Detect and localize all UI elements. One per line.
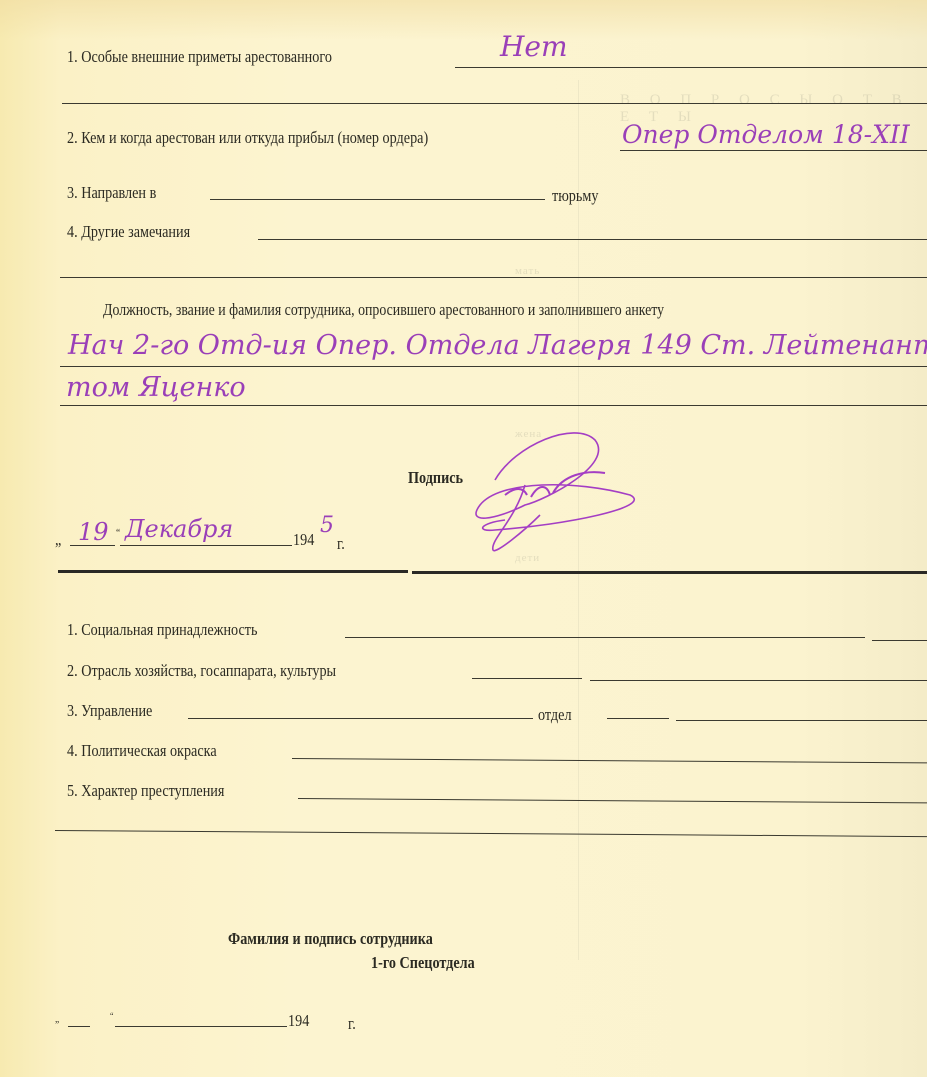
- officer-prompt: Должность, звание и фамилия сотрудника, …: [103, 300, 664, 320]
- officer-line2-handwritten: том Яценко: [66, 372, 246, 403]
- q1-label: 1. Особые внешние приметы арестованного: [67, 47, 332, 67]
- q2-label: 2. Кем и когда арестован или откуда приб…: [67, 128, 428, 148]
- date-month-line[interactable]: [120, 545, 292, 546]
- lower-q3-suffix-line[interactable]: [607, 718, 669, 719]
- officer-line1-handwritten: Нач 2-го Отд-ия Опер. Отдела Лагеря 149 …: [68, 330, 927, 361]
- lower-q2-answer-line-end[interactable]: [590, 680, 927, 681]
- q4-continuation-line[interactable]: [60, 277, 927, 278]
- lower-q1-answer-line-end[interactable]: [872, 640, 927, 641]
- employee-signature-title-1: Фамилия и подпись сотрудника: [228, 929, 433, 949]
- date-year-prefix: 194: [293, 530, 314, 550]
- q3-label: 3. Направлен в: [67, 183, 156, 203]
- signature-handwritten: [455, 425, 655, 575]
- q1-answer-line[interactable]: [455, 67, 927, 68]
- q4-label: 4. Другие замечания: [67, 222, 190, 242]
- q1-continuation-line[interactable]: [62, 103, 927, 104]
- lower-q4-label: 4. Политическая окраска: [67, 741, 217, 761]
- date-month-handwritten: Декабря: [125, 515, 233, 543]
- paper-shading: [0, 0, 927, 40]
- lower-q2-answer-line[interactable]: [472, 678, 582, 679]
- officer-line1[interactable]: [60, 366, 927, 367]
- lower-q3-suffix: отдел: [538, 705, 572, 725]
- q3-answer-line[interactable]: [210, 199, 545, 200]
- officer-line2[interactable]: [60, 405, 927, 406]
- date-close-quote: “: [116, 527, 120, 539]
- lower-date-month-line[interactable]: [115, 1026, 287, 1027]
- lower-date-open-quote: „: [55, 1013, 59, 1025]
- date-year-suffix-handwritten: 5: [320, 513, 334, 538]
- date-year-unit: г.: [337, 534, 345, 554]
- lower-q3-answer-line[interactable]: [188, 718, 533, 719]
- lower-q5-label: 5. Характер преступления: [67, 781, 224, 801]
- lower-q1-label: 1. Социальная принадлежность: [67, 620, 257, 640]
- lower-q4-answer-line[interactable]: [292, 758, 927, 764]
- lower-q3-label: 3. Управление: [67, 701, 152, 721]
- q4-answer-line[interactable]: [258, 239, 927, 240]
- section-divider-left: [58, 570, 408, 573]
- date-open-quote: „: [55, 530, 61, 550]
- lower-date-day-line[interactable]: [68, 1026, 90, 1027]
- lower-q5-continuation-line[interactable]: [55, 830, 927, 837]
- q2-answer-line[interactable]: [620, 150, 927, 151]
- lower-q5-answer-line[interactable]: [298, 798, 927, 804]
- q2-answer-handwritten: Опер Отделом 18-ХІІ: [622, 120, 910, 149]
- bleed-through-word: мать: [515, 265, 540, 277]
- q1-answer-handwritten: Нет: [500, 30, 568, 63]
- employee-signature-title-2: 1-го Спецотдела: [371, 953, 475, 973]
- q3-suffix: тюрьму: [552, 186, 598, 206]
- lower-date-year-unit: г.: [348, 1014, 356, 1034]
- lower-date-year-prefix: 194: [288, 1011, 309, 1031]
- lower-q3-suffix-line-end[interactable]: [676, 720, 927, 721]
- lower-q2-label: 2. Отрасль хозяйства, госаппарата, культ…: [67, 661, 336, 681]
- lower-date-close-quote: “: [110, 1011, 113, 1021]
- date-day-handwritten: 19: [78, 518, 109, 546]
- lower-q1-answer-line[interactable]: [345, 637, 865, 638]
- section-divider-right: [412, 571, 927, 574]
